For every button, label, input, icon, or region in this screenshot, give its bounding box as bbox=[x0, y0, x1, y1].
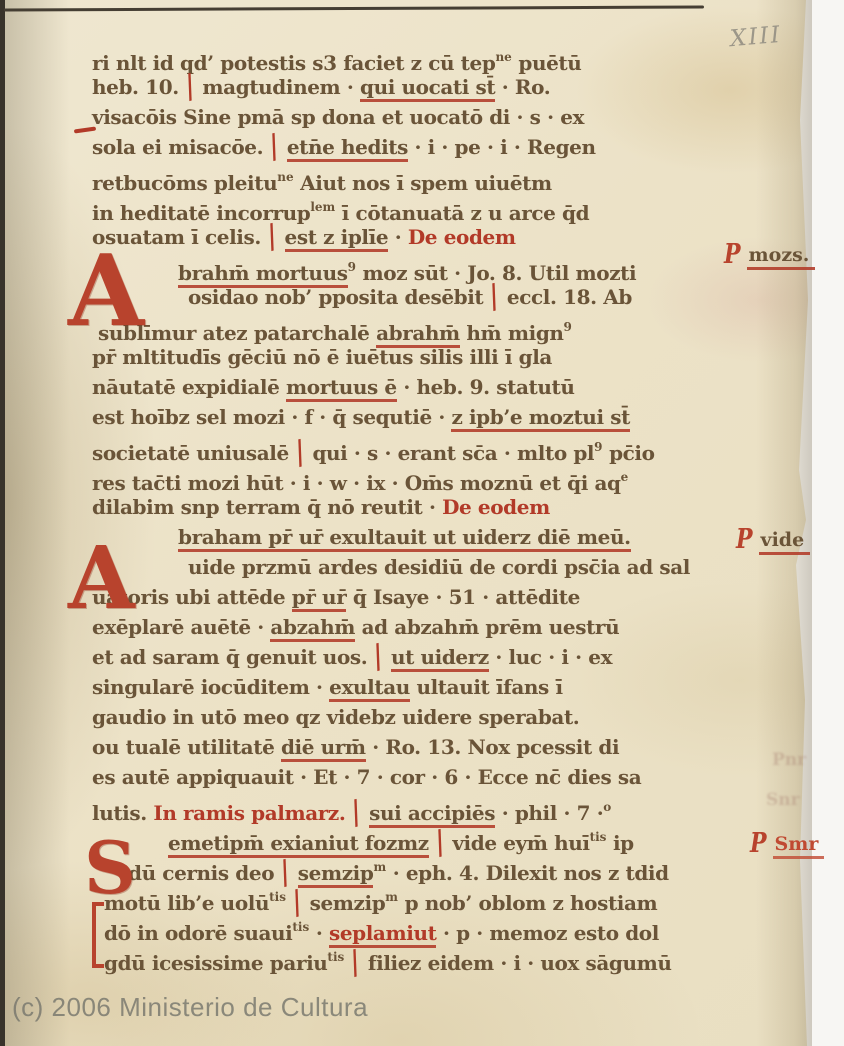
text-segment: nāutatē expidialē bbox=[92, 375, 286, 399]
text-segment: ou tualē utilitatē bbox=[92, 735, 281, 759]
text-segment: osidao nob’ pposita desēbit bbox=[188, 285, 483, 309]
text-line: exēplarē auētē · abzahm̄ ad abzahm̄ prēm… bbox=[92, 612, 724, 642]
text-segment: lem bbox=[310, 200, 335, 214]
text-line: braham pr̄ ur̄ exultauit ut uiderz diē m… bbox=[92, 522, 724, 552]
text-segment: visacōis Sine pmā sp dona et uocatō di ·… bbox=[92, 105, 584, 129]
marginal-note-text: Smr bbox=[773, 833, 825, 859]
text-segment: q̄ Isaye · 51 · attēdite bbox=[346, 585, 580, 609]
text-line: et ad saram q̄ genuit uos./ut uiderz · l… bbox=[92, 642, 724, 672]
text-line: dilabim snp terram q̄ nō reutit · De eod… bbox=[92, 492, 724, 522]
page-fold-shade bbox=[756, 0, 812, 1046]
text-segment: m bbox=[373, 860, 386, 874]
text-line: sublīmur atez patarchalē abrahm̄ hm̄ mig… bbox=[92, 312, 724, 342]
text-segment: pr̄ ur̄ bbox=[292, 585, 347, 612]
text-segment: o bbox=[603, 800, 611, 814]
text-segment: · Ro. 13. Nox pcessit di bbox=[366, 735, 619, 759]
text-segment: est hoībz sel mozi · f · q̄ sequtiē · bbox=[92, 405, 451, 429]
text-segment: m bbox=[385, 890, 398, 904]
text-segment: filiez eidem · i · uox sāgumū bbox=[368, 951, 672, 975]
text-segment: 9 bbox=[594, 440, 602, 454]
text-segment: tis bbox=[269, 890, 286, 904]
text-segment: ut uiderz bbox=[391, 645, 489, 672]
text-line: sola ei misacōe./etn̄e hedits · i · pe ·… bbox=[92, 132, 724, 162]
paraph-mark-icon: P bbox=[724, 238, 741, 271]
text-segment: · Ro. bbox=[495, 75, 550, 99]
text-segment: sola ei misacōe. bbox=[92, 135, 263, 159]
text-segment: heb. 10. bbox=[92, 75, 179, 99]
text-line: nāutatē expidialē mortuus ē · heb. 9. st… bbox=[92, 372, 724, 402]
text-line: pr̄ mltitudīs gēciū nō ē iuētus silis il… bbox=[92, 342, 724, 372]
text-line: uide przmū ardes desidiū de cordi psc̄ia… bbox=[92, 552, 724, 582]
text-line: dū cernis deo/semzipm · eph. 4. Dilexit … bbox=[92, 852, 724, 882]
manuscript-scan: XIII ri nlt id qd’ potestis s3 faciet z … bbox=[0, 0, 844, 1046]
text-segment: magtudinem · bbox=[202, 75, 360, 99]
bleedthrough-note: Snr bbox=[766, 790, 800, 810]
text-line: emetipm̄ exianiut fozmz/vide eym̄ huītis… bbox=[92, 822, 724, 852]
text-segment: diē urm̄ bbox=[281, 735, 366, 762]
manuscript-text-block: ri nlt id qd’ potestis s3 faciet z cū te… bbox=[92, 42, 724, 972]
text-segment: pr̄ mltitudīs gēciū nō ē iuētus silis il… bbox=[92, 345, 552, 369]
text-segment: mortuus ē bbox=[286, 375, 397, 402]
text-segment: et ad saram q̄ genuit uos. bbox=[92, 645, 367, 669]
text-line: uatoris ubi attēde pr̄ ur̄ q̄ Isaye · 51… bbox=[92, 582, 724, 612]
text-segment: eccl. 18. Ab bbox=[507, 285, 632, 309]
text-segment: etn̄e hedits bbox=[287, 135, 408, 162]
text-segment: · heb. 9. statutū bbox=[397, 375, 575, 399]
text-segment: braham pr̄ ur̄ exultauit ut uiderz diē m… bbox=[178, 525, 631, 552]
text-segment: uide przmū ardes desidiū de cordi psc̄ia… bbox=[188, 555, 690, 579]
copyright-watermark: (c) 2006 Ministerio de Cultura bbox=[12, 992, 368, 1023]
text-segment: gaudio in utō meo qz videbz uidere spera… bbox=[92, 705, 579, 729]
illuminated-initial: S bbox=[84, 838, 136, 897]
text-segment: z ipb’e moztui st̄ bbox=[451, 405, 629, 432]
text-line: heb. 10./magtudinem · qui uocati st̄ · R… bbox=[92, 72, 724, 102]
text-segment: qui uocati st̄ bbox=[360, 75, 495, 102]
text-line: gaudio in utō meo qz videbz uidere spera… bbox=[92, 702, 724, 732]
text-segment: ne bbox=[495, 50, 511, 64]
text-segment: ultauit īfans ī bbox=[410, 675, 563, 699]
text-segment: dilabim snp terram q̄ nō reutit · bbox=[92, 495, 442, 519]
text-segment: lutis. bbox=[92, 801, 153, 825]
text-segment: 9 bbox=[348, 260, 356, 274]
text-segment: ad abzahm̄ prēm uestrū bbox=[355, 615, 619, 639]
text-line: ou tualē utilitatē diē urm̄ · Ro. 13. No… bbox=[92, 732, 724, 762]
text-segment: est z iplīe bbox=[285, 225, 389, 252]
rubric-bracket-mark bbox=[92, 904, 108, 966]
marginal-note-text: mozs. bbox=[747, 244, 816, 270]
text-line: societatē uniusalē/qui · s · erant sc̄a … bbox=[92, 432, 724, 462]
marginal-note-text: Snr bbox=[766, 790, 800, 810]
illuminated-initial: A bbox=[68, 252, 144, 332]
text-line: brahm̄ mortuus9 moz sūt · Jo. 8. Util mo… bbox=[92, 252, 724, 282]
text-segment: abzahm̄ bbox=[270, 615, 355, 642]
text-segment: exultau bbox=[329, 675, 410, 702]
marginal-note-text: Pnr bbox=[772, 750, 806, 770]
text-segment: gdū icesissime pariu bbox=[104, 951, 327, 975]
text-segment: e bbox=[621, 470, 629, 484]
text-line: est hoībz sel mozi · f · q̄ sequtiē · z … bbox=[92, 402, 724, 432]
illuminated-initial: A bbox=[68, 544, 135, 615]
text-line: in heditatē incorruplem ī cōtanuatā z u … bbox=[92, 192, 724, 222]
text-line: visacōis Sine pmā sp dona et uocatō di ·… bbox=[92, 102, 724, 132]
text-segment: · bbox=[388, 225, 408, 249]
text-line: osuatam ī celis./est z iplīe · De eodem bbox=[92, 222, 724, 252]
text-line: lutis. In ramis palmarz./sui accipiēs · … bbox=[92, 792, 724, 822]
marginal-note-text: vide bbox=[759, 529, 811, 555]
text-segment: · i · pe · i · Regen bbox=[408, 135, 596, 159]
text-line: motū lib’e uolūtis/semzipm p nob’ oblom … bbox=[92, 882, 724, 912]
text-line: gdū icesissime pariutis/filiez eidem · i… bbox=[92, 942, 724, 972]
text-line: es autē appiquauit · Et · 7 · cor · 6 · … bbox=[92, 762, 724, 792]
bleedthrough-note: Pnr bbox=[772, 750, 806, 770]
paraph-mark-icon: P bbox=[750, 827, 767, 860]
text-segment: De eodem bbox=[408, 225, 516, 249]
text-line: singularē iocūditem · exultau ultauit īf… bbox=[92, 672, 724, 702]
text-segment: 9 bbox=[564, 320, 572, 334]
text-segment: ne bbox=[277, 170, 293, 184]
binding-edge bbox=[0, 0, 5, 1046]
marginal-note: Pvide bbox=[736, 526, 810, 552]
text-line: dō in odorē suauitis · seplamiut · p · m… bbox=[92, 912, 724, 942]
text-line: res tac̄ti mozi hūt · i · w · ix · Om̄s … bbox=[92, 462, 724, 492]
marginal-note: Pmozs. bbox=[724, 241, 815, 267]
text-segment: · luc · i · ex bbox=[489, 645, 612, 669]
text-segment: tis bbox=[590, 830, 607, 844]
binding-gutter-shade bbox=[0, 0, 70, 1046]
text-segment: es autē appiquauit · Et · 7 · cor · 6 · … bbox=[92, 765, 641, 789]
text-segment: singularē iocūditem · bbox=[92, 675, 329, 699]
folio-number: XIII bbox=[729, 22, 783, 52]
paraph-mark-icon: P bbox=[736, 523, 753, 556]
text-line: retbucōms pleitune Aiut nos ī spem uiuēt… bbox=[92, 162, 724, 192]
text-segment: De eodem bbox=[442, 495, 550, 519]
text-segment: tis bbox=[327, 950, 344, 964]
marginal-note: PSmr bbox=[750, 830, 824, 856]
